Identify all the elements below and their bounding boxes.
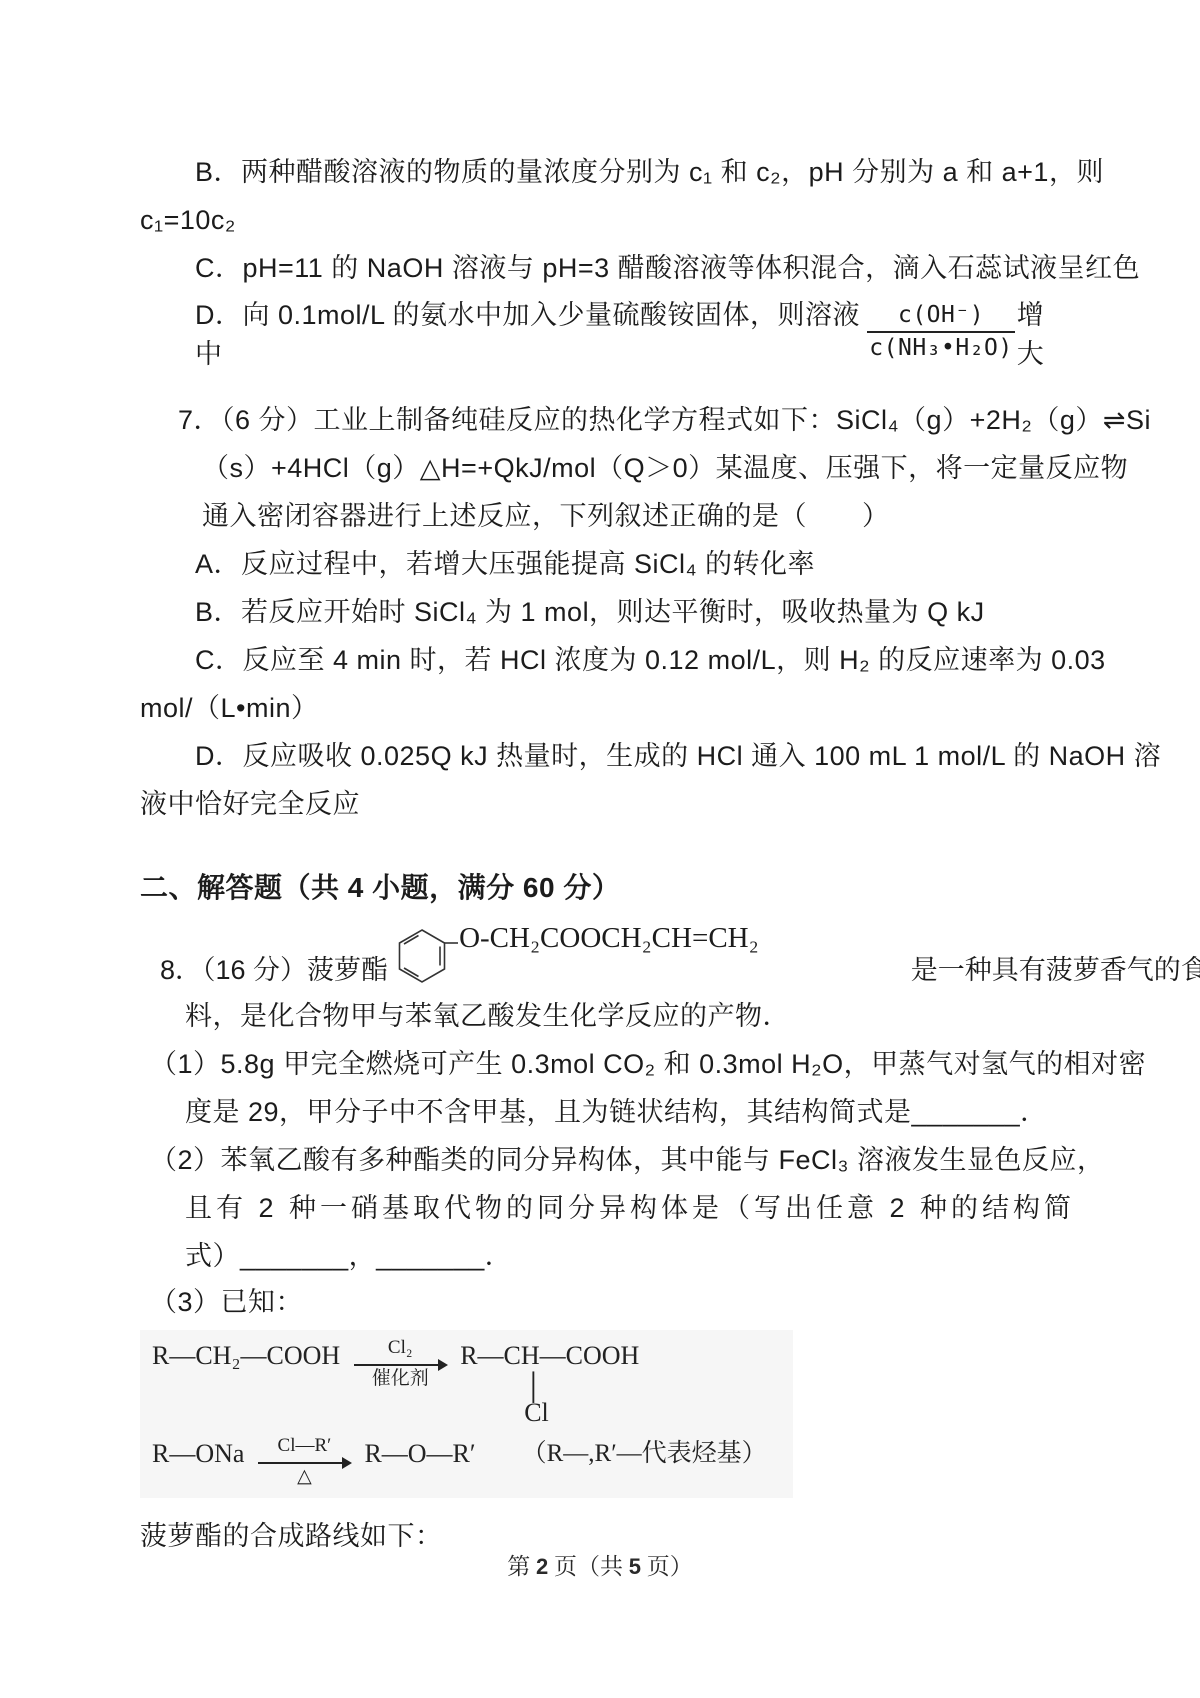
reaction1-arrow: Cl₂ 催化剂 xyxy=(354,1338,446,1390)
reaction1-product-main: R—CH—COOH xyxy=(460,1338,639,1374)
known-reactions-block: R—CH₂—COOH Cl₂ 催化剂 R—CH—COOH │ Cl R—ONa … xyxy=(140,1330,793,1498)
q6-option-d-prefix: D．向 0.1mol/L 的氨水中加入少量硫酸铵固体，则溶液中 xyxy=(195,293,865,371)
q7-option-a: A．反应过程中，若增大压强能提高 SiCl₄ 的转化率 xyxy=(140,540,1070,588)
q6-option-d: D．向 0.1mol/L 的氨水中加入少量硫酸铵固体，则溶液中 c(OH⁻) c… xyxy=(140,292,1070,372)
q8-intro: 8．（16 分）菠萝酯 O-CH₂COOCH₂CH=CH₂ 是一种具有菠萝香气的… xyxy=(140,914,1070,992)
q7-stem-line1: 7．（6 分）工业上制备纯硅反应的热化学方程式如下：SiCl₄（g）+2H₂（g… xyxy=(140,396,1070,444)
q6-option-d-suffix: 增大 xyxy=(1017,293,1070,371)
reaction-arrow-icon xyxy=(354,1364,446,1366)
reaction2-condition-above: Cl—R′ xyxy=(278,1436,332,1456)
q8-part1-line2: 度是 29，甲分子中不含甲基，且为链状结构，其结构简式是_______． xyxy=(140,1088,1070,1136)
footer-page-number: 2 xyxy=(536,1554,548,1579)
reaction1-reactant: R—CH₂—COOH xyxy=(152,1338,340,1374)
fraction-numerator: c(OH⁻) xyxy=(867,301,1014,333)
reaction2-arrow: Cl—R′ △ xyxy=(258,1436,350,1488)
q7-stem-line3: 通入密闭容器进行上述反应，下列叙述正确的是（ ） xyxy=(140,492,1070,540)
reaction-arrow-icon xyxy=(258,1462,350,1464)
benzene-ring-icon xyxy=(390,910,462,996)
q6-option-b-line1: B．两种醋酸溶液的物质的量浓度分别为 c₁ 和 c₂，pH 分别为 a 和 a+… xyxy=(140,148,1070,196)
pineapple-ester-structure: O-CH₂COOCH₂CH=CH₂ xyxy=(390,910,759,996)
reaction2-reactant: R—ONa xyxy=(152,1436,244,1472)
reaction1-condition-above: Cl₂ xyxy=(388,1338,413,1358)
reaction1-product: R—CH—COOH │ Cl xyxy=(460,1338,639,1426)
q8-part2-line3: 式）_______，_______． xyxy=(140,1232,1070,1280)
reaction1-condition-below: 催化剂 xyxy=(372,1368,429,1390)
page-content: B．两种醋酸溶液的物质的量浓度分别为 c₁ 和 c₂，pH 分别为 a 和 a+… xyxy=(0,0,1200,1560)
q8-intro-prefix: 8．（16 分）菠萝酯 xyxy=(160,948,388,992)
exam-page: B．两种醋酸溶液的物质的量浓度分别为 c₁ 和 c₂，pH 分别为 a 和 a+… xyxy=(0,0,1200,1698)
q6-option-c: C．pH=11 的 NaOH 溶液与 pH=3 醋酸溶液等体积混合，滴入石蕊试液… xyxy=(140,244,1070,292)
q8-intro-suffix: 是一种具有菠萝香气的食用香 xyxy=(911,948,1200,992)
footer-prefix: 第 xyxy=(507,1554,530,1579)
q7-stem-line2: （s）+4HCl（g）△H=+QkJ/mol（Q＞0）某温度、压强下，将一定量反… xyxy=(140,444,1070,492)
q7-option-c-line2: mol/（L•min） xyxy=(140,684,1070,732)
q7-option-d-line2: 液中恰好完全反应 xyxy=(140,780,1070,828)
structure-formula-text: O-CH₂COOCH₂CH=CH₂ xyxy=(459,922,759,955)
q6-option-b-line2: c₁=10c₂ xyxy=(140,196,1070,244)
q8-part2-line2: 且有 2 种一硝基取代物的同分异构体是（写出任意 2 种的结构简 xyxy=(140,1184,1070,1232)
concentration-fraction: c(OH⁻) c(NH₃•H₂O) xyxy=(867,301,1014,363)
footer-total-pages: 5 xyxy=(629,1554,641,1579)
reaction1-branch-atom: Cl xyxy=(460,1400,639,1426)
reaction2-note: （R—,R′—代表烃基） xyxy=(522,1436,767,1472)
footer-middle: 页（共 xyxy=(554,1554,623,1579)
section2-heading: 二、解答题（共 4 小题，满分 60 分） xyxy=(140,864,1070,912)
q7-option-b: B．若反应开始时 SiCl₄ 为 1 mol，则达平衡时，吸收热量为 Q kJ xyxy=(140,588,1070,636)
reaction-2: R—ONa Cl—R′ △ R—O—R′ （R—,R′—代表烃基） xyxy=(152,1436,767,1488)
q8-intro-line2: 料，是化合物甲与苯氧乙酸发生化学反应的产物． xyxy=(140,992,1070,1040)
page-footer: 第 2 页（共 5 页） xyxy=(0,1548,1200,1581)
reaction1-branch-bond: │ xyxy=(460,1374,639,1400)
q7-option-c-line1: C．反应至 4 min 时，若 HCl 浓度为 0.12 mol/L，则 H₂ … xyxy=(140,636,1070,684)
fraction-denominator: c(NH₃•H₂O) xyxy=(867,333,1014,363)
footer-suffix: 页） xyxy=(647,1554,693,1579)
q8-part3-label: （3）已知： xyxy=(140,1280,1070,1324)
q8-part2-line1: （2）苯氧乙酸有多种酯类的同分异构体，其中能与 FeCl₃ 溶液发生显色反应， xyxy=(140,1136,1070,1184)
reaction-1: R—CH₂—COOH Cl₂ 催化剂 R—CH—COOH │ Cl xyxy=(152,1338,767,1426)
q8-part1-line1: （1）5.8g 甲完全燃烧可产生 0.3mol CO₂ 和 0.3mol H₂O… xyxy=(140,1040,1070,1088)
reaction2-product: R—O—R′ xyxy=(364,1436,475,1472)
reaction2-condition-below: △ xyxy=(297,1466,312,1488)
q7-option-d-line1: D．反应吸收 0.025Q kJ 热量时，生成的 HCl 通入 100 mL 1… xyxy=(140,732,1070,780)
